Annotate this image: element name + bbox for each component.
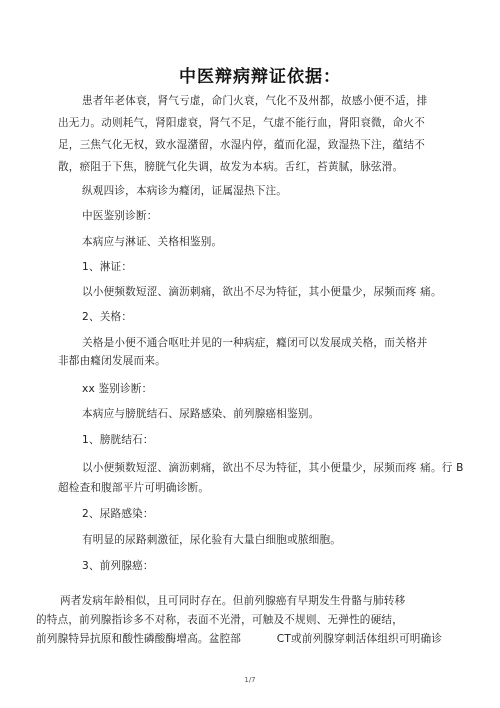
page-title: 中医辩病辩证依据： (0, 62, 500, 87)
paragraph-line: 超检查和腹部平片可明确诊断。 (58, 481, 209, 495)
paragraph-line: 非都由癃闭发展而来。 (58, 354, 166, 368)
page-indicator: 1/7 (0, 676, 500, 684)
paragraph-line: 以小便频数短涩、滴沥刺痛，欲出不尽为特征，其小便量少，尿频而疼 痛。 (82, 285, 442, 299)
paragraph-line: 散，瘀阻于下焦，膀胱气化失调，故发为本病。舌红，苔黄腻，脉弦滑。 (58, 160, 403, 174)
paragraph-line: 关格是小便不通合呕吐并见的一种病症，癃闭可以发展成关格，而关格并 (82, 336, 427, 350)
paragraph-line: 足，三焦气化无权，致水湿潴留，水湿内停，蕴而化湿，致湿热下注，蕴结不 (58, 138, 425, 152)
paragraph-line: 本病应与膀胱结石、尿路感染、前列腺癌相鉴别。 (82, 407, 319, 421)
section-heading: xx 鉴别诊断： (82, 382, 152, 396)
subsection-heading: 2、关格： (82, 310, 132, 324)
subsection-heading: 3、前列腺癌： (82, 559, 154, 573)
paragraph-line: 有明显的尿路刺激征，尿化验有大量白细胞或脓细胞。 (82, 533, 341, 547)
document-page: 中医辩病辩证依据： 患者年老体衰，肾气亏虚，命门火衰，气化不及州都，故感小便不适… (0, 0, 500, 708)
paragraph-line: 的特点，前列腺指诊多不对称，表面不光滑，可触及不规则、无弹性的硬结， (36, 613, 403, 627)
paragraph-line: 两者发病年龄相似，且可同时存在。但前列腺癌有早期发生骨骼与肺转移 (60, 594, 405, 608)
subsection-heading: 2、尿路感染： (82, 507, 154, 521)
paragraph-line: 本病应与淋证、关格相鉴别。 (82, 235, 222, 249)
paragraph-line: 前列腺特异抗原和酸性磷酸酶增高。盆腔部 CT或前列腺穿刺活体组织可明确诊 (36, 632, 442, 646)
section-heading: 中医鉴别诊断： (82, 209, 158, 223)
paragraph-line: 纵观四诊，本病诊为癃闭，证属湿热下注。 (82, 184, 287, 198)
paragraph-line: 患者年老体衰，肾气亏虚，命门火衰，气化不及州都，故感小便不适，排 (82, 94, 427, 108)
subsection-heading: 1、淋证： (82, 260, 132, 274)
paragraph-line: 出无力。动则耗气，肾阳虚衰，肾气不足，气虚不能行血，肾阳衰微，命火不 (58, 116, 425, 130)
subsection-heading: 1、膀胱结石： (82, 433, 154, 447)
paragraph-line: 以小便频数短涩、滴沥刺痛，欲出不尽为特征，其小便量少，尿频而疼 痛。行 B (82, 461, 464, 475)
